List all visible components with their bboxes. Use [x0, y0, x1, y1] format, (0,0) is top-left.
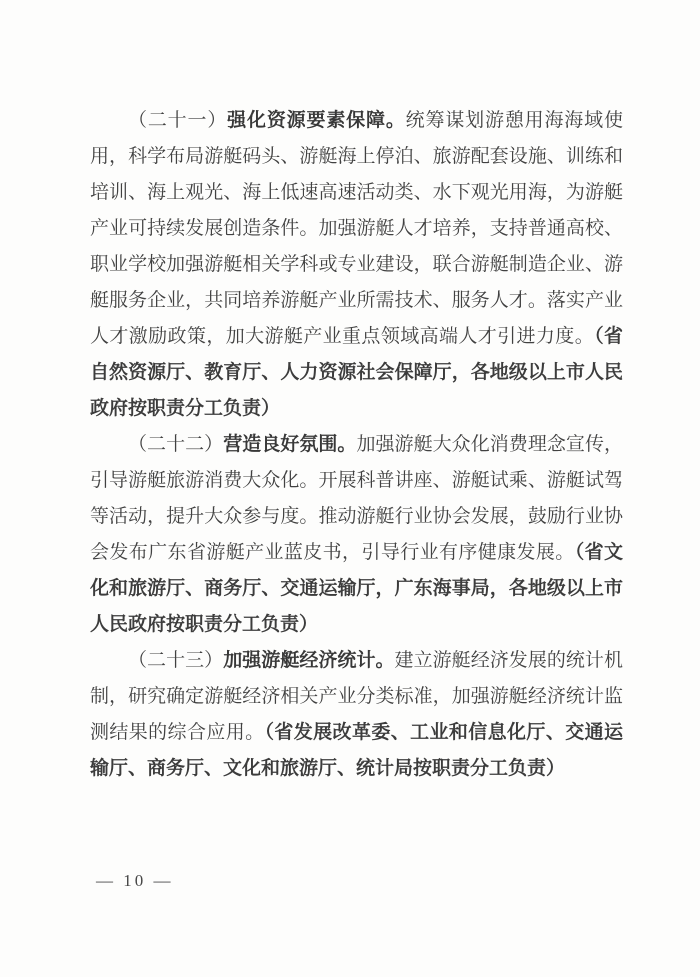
document-content: （二十一）强化资源要素保障。统筹谋划游憩用海海域使用，科学布局游艇码头、游艇海上… — [90, 103, 623, 787]
paragraph-23: （二十三）加强游艇经济统计。建立游艇经济发展的统计机制，研究确定游艇经济相关产业… — [90, 643, 623, 787]
page-number: — 10 — — [96, 871, 174, 890]
paragraph-number: （二十一） — [128, 110, 227, 131]
paragraph-title: 强化资源要素保障。 — [227, 110, 405, 131]
paragraph-21: （二十一）强化资源要素保障。统筹谋划游憩用海海域使用，科学布局游艇码头、游艇海上… — [90, 103, 623, 427]
paragraph-number: （二十三） — [128, 650, 223, 671]
paragraph-title: 加强游艇经济统计。 — [223, 650, 394, 671]
document-page: （二十一）强化资源要素保障。统筹谋划游憩用海海域使用，科学布局游艇码头、游艇海上… — [0, 0, 700, 977]
paragraph-22: （二十二）营造良好氛围。加强游艇大众化消费理念宣传，引导游艇旅游消费大众化。开展… — [90, 427, 623, 643]
paragraph-title: 营造良好氛围。 — [223, 434, 356, 455]
paragraph-number: （二十二） — [128, 434, 223, 455]
page-footer: — 10 — — [96, 869, 174, 893]
paragraph-body: 统筹谋划游憩用海海域使用，科学布局游艇码头、游艇海上停泊、旅游配套设施、训练和培… — [90, 110, 623, 347]
